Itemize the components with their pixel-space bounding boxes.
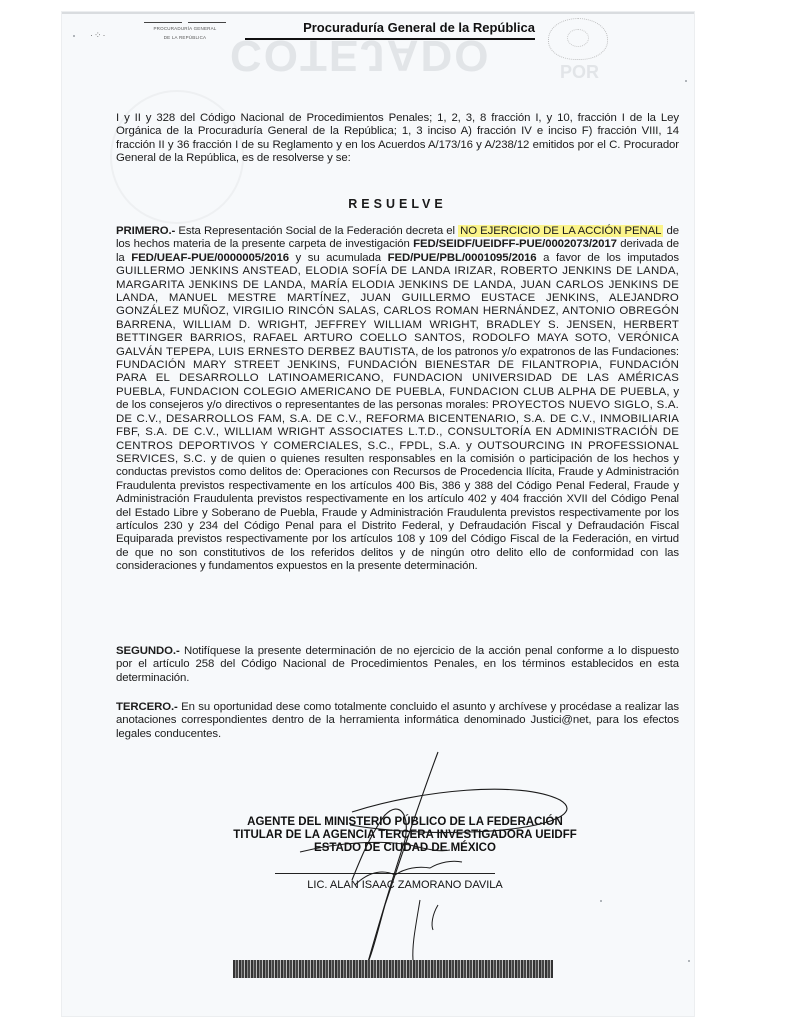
accumulated-text: y su acumulada [289, 252, 388, 264]
logo-caption-line2: DE LA REPÚBLICA [142, 35, 228, 41]
signature-title-line2: TITULAR DE LA AGENCIA TERCERA INVESTIGAD… [180, 829, 630, 842]
por-watermark: POR [560, 62, 599, 83]
section-heading-resuelve: RESUELVE [116, 197, 679, 211]
tercero-text: En su oportunidad dese como totalmente c… [116, 701, 679, 740]
barcode [233, 960, 553, 978]
scan-speck [73, 35, 75, 37]
segundo-text: Notifíquese la presente determinación de… [116, 645, 679, 684]
derived-case-number: FED/UEAF-PUE/0000005/2016 [131, 252, 289, 264]
tercero-label: TERCERO.- [116, 701, 178, 713]
logo-caption-line1: PROCURADURÍA GENERAL [142, 26, 228, 32]
scan-speck [600, 900, 602, 902]
signature-title-line3: ESTADO DE CIUDAD DE MÉXICO [180, 842, 630, 855]
favor-text: a favor de los imputados [537, 252, 679, 264]
page-top-edge [62, 12, 694, 14]
segundo-label: SEGUNDO.- [116, 645, 180, 657]
foundations-list: FUNDACIÓN MARY STREET JENKINS, FUNDACIÓN… [116, 359, 679, 398]
left-margin-seal-mark: ·⁘· [90, 30, 107, 41]
institution-title: Procuraduría General de la República [245, 20, 535, 37]
signer-name: LIC. ALAN ISAAC ZAMORANO DAVILA [180, 879, 630, 891]
no-ejercicio-highlight: NO EJERCICIO DE LA ACCIÓN PENAL [458, 225, 663, 237]
accused-list: GUILLERMO JENKINS ANSTEAD, ELODIA SOFÍA … [116, 265, 679, 357]
primero-paragraph: PRIMERO.- Esta Representación Social de … [116, 225, 679, 574]
signature-line [275, 873, 495, 874]
tercero-paragraph: TERCERO.- En su oportunidad dese como to… [116, 701, 679, 741]
pgr-logo: PROCURADURÍA GENERAL DE LA REPÚBLICA [142, 22, 228, 41]
scan-speck [650, 425, 652, 427]
logo-bars [142, 22, 228, 23]
primero-closing-text: y de quien o quienes resulten responsabl… [116, 453, 679, 572]
intro-paragraph: I y II y 328 del Código Nacional de Proc… [116, 112, 679, 166]
accumulated-case-number: FED/PUE/PBL/0001095/2016 [388, 252, 537, 264]
primero-text: Esta Representación Social de la Federac… [175, 225, 458, 237]
scan-speck [688, 960, 690, 962]
segundo-paragraph: SEGUNDO.- Notifíquese la presente determ… [116, 645, 679, 685]
signature-title-block: AGENTE DEL MINISTERIO PÚBLICO DE LA FEDE… [180, 816, 630, 855]
header-underline [245, 38, 535, 40]
national-eagle-seal-icon [548, 18, 608, 60]
primero-label: PRIMERO.- [116, 225, 175, 237]
case-number: FED/SEIDF/UEIDFF-PUE/0002073/2017 [413, 238, 617, 250]
patrons-text: , de los patronos y/o expatronos de las … [415, 346, 679, 358]
signature-title-line1: AGENTE DEL MINISTERIO PÚBLICO DE LA FEDE… [180, 816, 630, 829]
scan-speck [685, 80, 687, 82]
